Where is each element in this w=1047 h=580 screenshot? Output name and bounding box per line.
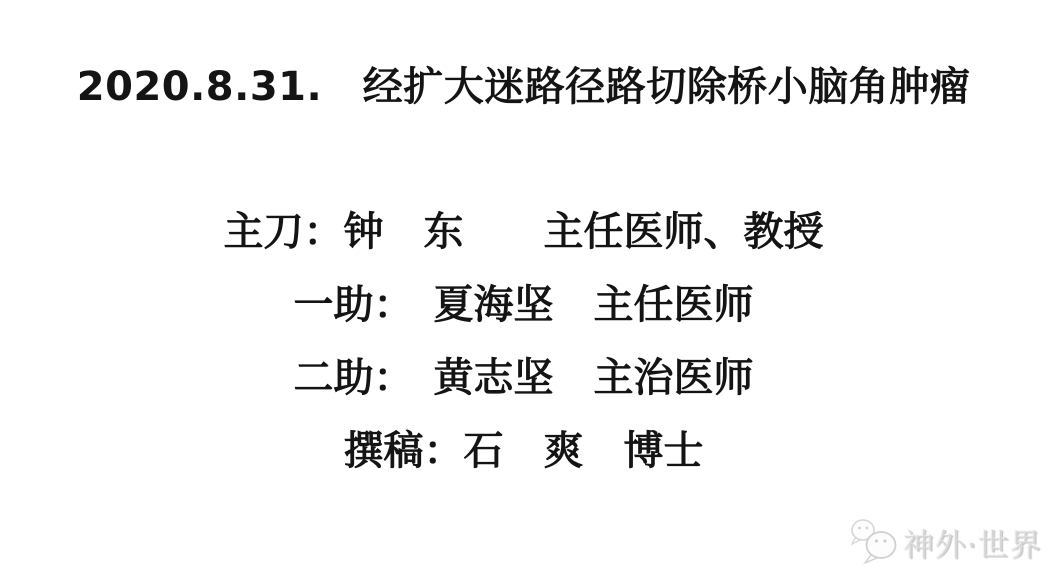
- watermark-text: 神外·世界: [903, 520, 1042, 565]
- credits-block: 主刀：钟 东 主任医师、教授 一助： 夏海坚 主任医师 二助： 黄志坚 主治医师…: [0, 196, 1047, 488]
- chat-bubbles-icon: [849, 517, 901, 567]
- credit-line-author: 撰稿：石 爽 博士: [0, 415, 1047, 488]
- slide-title: 2020.8.31. 经扩大迷路径路切除桥小脑角肿瘤: [0, 0, 1047, 112]
- credit-line-chief-surgeon: 主刀：钟 东 主任医师、教授: [0, 196, 1047, 269]
- watermark: 神外·世界: [849, 517, 1042, 567]
- slide: 2020.8.31. 经扩大迷路径路切除桥小脑角肿瘤 主刀：钟 东 主任医师、教…: [0, 0, 1047, 580]
- credit-line-second-assistant: 二助： 黄志坚 主治医师: [0, 342, 1047, 415]
- credit-line-first-assistant: 一助： 夏海坚 主任医师: [0, 269, 1047, 342]
